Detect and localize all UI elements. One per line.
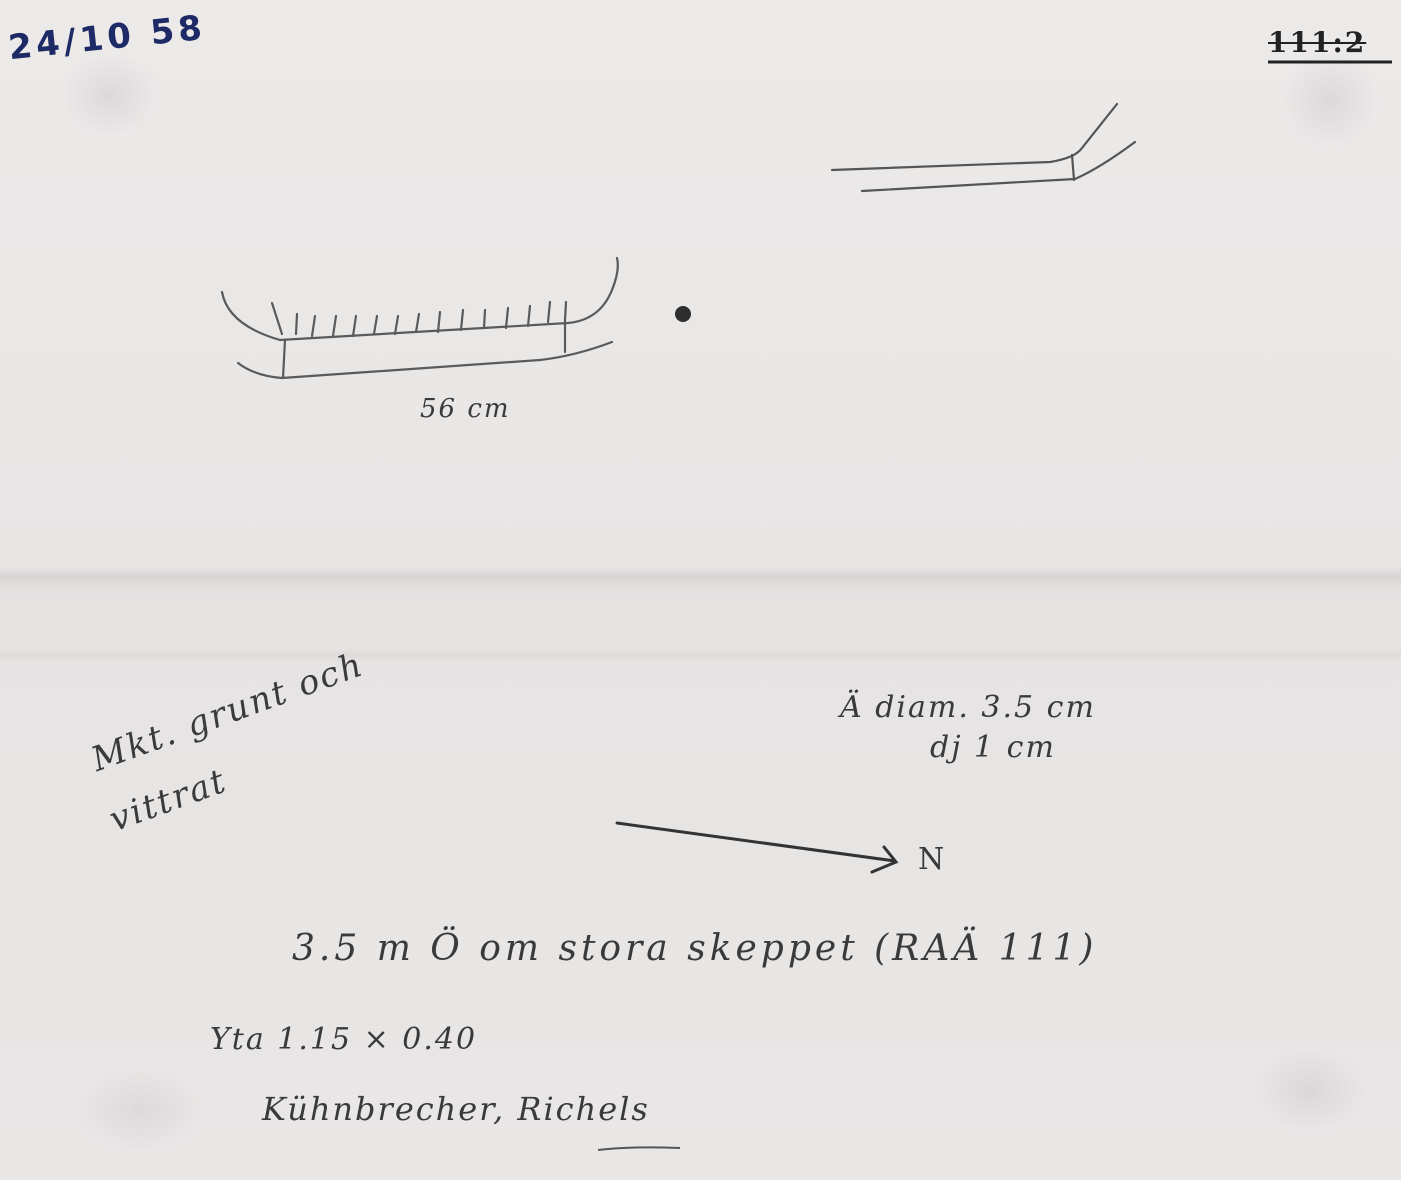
- ship-figure-sketch: [222, 258, 618, 378]
- scanned-field-note: 24/10 58 111:2: [0, 0, 1401, 1180]
- location-note: 3.5 m Ö om stora skeppet (RAÄ 111): [292, 928, 1097, 969]
- pencil-drawings: [0, 0, 1401, 1180]
- ship-fragment-sketch: [832, 104, 1135, 191]
- name-underline: [598, 1147, 680, 1150]
- ship-length-label: 56 cm: [420, 394, 511, 424]
- surface-size-note: Yta 1.15 × 0.40: [210, 1022, 477, 1057]
- cup-mark-dot: [675, 306, 691, 322]
- cupmark-depth-note: dj 1 cm: [930, 730, 1056, 765]
- north-arrow: [617, 823, 896, 872]
- recorders-note: Kühnbrecher, Richels: [262, 1090, 650, 1128]
- north-label: N: [918, 842, 946, 877]
- cupmark-diameter-note: Ä diam. 3.5 cm: [840, 690, 1096, 725]
